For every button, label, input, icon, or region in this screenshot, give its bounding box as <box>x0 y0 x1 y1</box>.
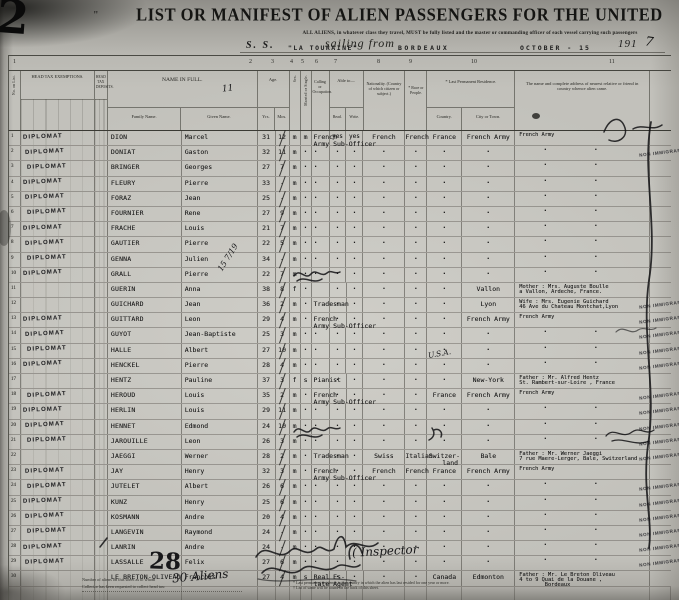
cell-age-years: 29 <box>258 404 276 418</box>
age-label: Age. <box>258 74 289 83</box>
cell-sex: m <box>290 541 301 555</box>
cell-occupation: · <box>312 344 330 358</box>
cell-city: French Army <box>462 465 515 479</box>
cell-deposits <box>95 146 108 160</box>
row-number: 30 <box>9 571 21 585</box>
column-number: 7 <box>334 59 337 65</box>
cell-country: · <box>427 374 462 388</box>
diplomat-stamp: DIPLOMAT <box>27 254 67 261</box>
col-nearest-relative: The name and complete address of nearest… <box>515 71 650 130</box>
cell-write: · <box>346 192 363 206</box>
cell-married-single: · <box>301 389 312 403</box>
cell-write: · <box>347 283 364 297</box>
cell-family-name: BRINGER <box>108 161 182 175</box>
cell-city: · <box>462 253 515 267</box>
cell-occupation: · <box>312 420 330 434</box>
cell-exemptions: DIPLOMAT <box>21 420 95 434</box>
cell-family-name: HERLIN <box>108 404 182 418</box>
year-handwritten: 7 <box>644 34 655 50</box>
cell-given-name: Gaston <box>182 146 258 160</box>
cell-sex: m <box>290 237 301 251</box>
col-married-single: Married or Single. <box>301 71 312 130</box>
cell-occupation: · <box>312 496 330 510</box>
cell-country: · <box>427 556 462 570</box>
cell-deposits <box>95 222 108 236</box>
cell-given-name: Anna <box>182 283 258 297</box>
cell-married-single: · <box>301 328 312 342</box>
cell-right-margin <box>650 374 671 388</box>
manifest-row: 11GUERINAnna388f······VallonMother : Mrs… <box>9 283 671 298</box>
cell-country: · <box>427 253 462 267</box>
cell-given-name: Rene <box>182 207 258 221</box>
tail-cell <box>276 587 290 600</box>
diplomat-stamp: DIPLOMAT <box>25 421 65 429</box>
row-number: 12 <box>9 298 21 312</box>
cell-write: · <box>346 344 363 358</box>
row-number: 4 <box>9 177 21 191</box>
cell-read: · <box>330 283 347 297</box>
cell-right-margin <box>650 131 671 145</box>
cell-country: · <box>427 313 462 327</box>
cell-married-single: · <box>301 237 312 251</box>
cell-married-single: · <box>301 450 312 464</box>
manifest-row: 7DIPLOMATFRACHELouis217m········· · <box>9 222 671 237</box>
cell-sex: f <box>290 283 301 297</box>
cell-exemptions: DIPLOMAT <box>21 389 95 403</box>
cell-nearest-relative: · · <box>515 146 650 160</box>
cell-city: · <box>462 207 515 221</box>
exemptions-subcolumns <box>21 99 94 130</box>
cell-right-margin <box>650 465 671 479</box>
cell-deposits <box>95 420 108 434</box>
cell-race: · <box>405 222 427 236</box>
diplomat-stamp: DIPLOMAT <box>27 391 67 399</box>
cell-race: · <box>405 480 427 494</box>
cell-exemptions: DIPLOMAT <box>21 268 95 282</box>
cell-write: · <box>346 435 363 449</box>
manifest-row: 29DIPLOMATLASSALLEFelix276m········· ·NO… <box>9 556 671 571</box>
row-number: 24 <box>9 480 21 494</box>
cell-sex: m <box>290 161 301 175</box>
cell-race: French <box>405 465 427 479</box>
cell-given-name: Jean <box>182 298 258 312</box>
cell-city: · <box>462 496 515 510</box>
cell-sex: m <box>290 298 301 312</box>
cell-exemptions: DIPLOMAT <box>21 313 95 327</box>
sex-label: Sex. <box>293 75 297 82</box>
diplomat-stamp: DIPLOMAT <box>25 194 65 201</box>
cell-deposits <box>95 313 108 327</box>
cell-given-name: Pierre <box>182 237 258 251</box>
cell-family-name: FRACHE <box>108 222 182 236</box>
cell-family-name: GUYOT <box>108 328 182 342</box>
col-head-tax-exemptions: HEAD TAX EXEMPTIONS. <box>21 71 95 130</box>
cell-occupation: French Army Sub-Officer <box>312 313 330 327</box>
cell-family-name: KUNZ <box>108 496 182 510</box>
col-right-margin <box>650 71 671 130</box>
cell-sex: m <box>290 207 301 221</box>
cell-occupation: · <box>312 268 330 282</box>
cell-occupation: · <box>312 511 330 525</box>
cell-given-name: Jean-Baptiste <box>182 328 258 342</box>
cell-given-name: Edmond <box>182 420 258 434</box>
ship-line-rule <box>240 52 665 53</box>
cell-country: · <box>427 480 462 494</box>
cell-city: French Army <box>462 389 515 403</box>
manifest-row: 27DIPLOMATLANGEVINRaymond24-m········· ·… <box>9 526 671 541</box>
cell-family-name: GUICHARD <box>108 298 182 312</box>
cell-exemptions: DIPLOMAT <box>21 359 95 373</box>
cell-age-years: 36 <box>258 298 276 312</box>
cell-family-name: LANGEVIN <box>108 526 182 540</box>
cell-exemptions <box>21 374 95 388</box>
cell-deposits <box>95 131 108 145</box>
cell-given-name: Henry <box>182 496 258 510</box>
cell-nationality: · <box>363 207 405 221</box>
cell-exemptions: DIPLOMAT <box>21 496 95 510</box>
cell-married-single: · <box>301 146 312 160</box>
cell-city: · <box>462 146 515 160</box>
cell-nearest-relative: · · <box>515 556 650 570</box>
cell-given-name: Henry <box>182 465 258 479</box>
cell-age-years: 29 <box>258 313 276 327</box>
row-number: 23 <box>9 465 21 479</box>
row-number: 2 <box>9 146 21 160</box>
cell-nearest-relative: · · <box>515 253 650 267</box>
cell-city: · <box>462 404 515 418</box>
manifest-row: 18DIPLOMATHEROUDLouis352m·French Army Su… <box>9 389 671 404</box>
residence-label: * Last Permanent Residence. <box>427 74 514 85</box>
column-number: 1 <box>13 59 16 65</box>
cell-nearest-relative: · · <box>515 192 650 206</box>
col-name-in-full: NAME IN FULL. Family Name. Given Name. <box>108 71 258 130</box>
cell-read: · <box>330 526 347 540</box>
manifest-table: 1234567891011 No. on List. HEAD TAX EXEM… <box>8 55 671 600</box>
cell-married-single: · <box>301 313 312 327</box>
cell-occupation: · <box>312 480 330 494</box>
cell-age-years: 35 <box>258 389 276 403</box>
column-number: 5 <box>301 59 304 65</box>
cell-occupation: · <box>312 237 330 251</box>
cell-right-margin <box>650 192 671 206</box>
cell-nearest-relative: · · <box>515 207 650 221</box>
handwritten-count-note: 11 <box>222 83 234 94</box>
cell-nearest-relative: Father : Mr. Le Breton Oliveau 4 to 9 Qu… <box>515 571 650 585</box>
cell-married-single: · <box>301 359 312 373</box>
cell-race: · <box>405 328 427 342</box>
cell-family-name: GUERIN <box>108 283 182 297</box>
cell-city: · <box>462 328 515 342</box>
cell-age-years: 27 <box>258 556 276 570</box>
cell-nationality: · <box>363 480 405 494</box>
cell-race: · <box>405 526 427 540</box>
cell-nationality: · <box>363 237 405 251</box>
cell-nearest-relative: · · <box>515 328 650 342</box>
cell-given-name: Pierre <box>182 359 258 373</box>
cell-age-years: 22 <box>258 268 276 282</box>
cell-exemptions: DIPLOMAT <box>21 328 95 342</box>
cell-nearest-relative: French Army <box>515 389 650 403</box>
column-number: 11 <box>609 59 615 65</box>
cell-family-name: FOURNIER <box>108 207 182 221</box>
cell-deposits <box>95 465 108 479</box>
cell-occupation: · <box>312 253 330 267</box>
cell-read: · <box>330 420 347 434</box>
cell-age-years: 27 <box>258 207 276 221</box>
cell-deposits <box>95 268 108 282</box>
cell-exemptions: DIPLOMAT <box>21 541 95 555</box>
cell-city: · <box>462 541 515 555</box>
manifest-row: 12GUICHARDJean362m·Tradesman·····LyonWif… <box>9 298 671 313</box>
cell-sex: m <box>290 496 301 510</box>
cell-married-single: · <box>301 496 312 510</box>
manifest-row: 17HENTZPauline373fsPianist·····New-YorkF… <box>9 374 671 389</box>
cell-nationality: · <box>363 222 405 236</box>
cell-exemptions: DIPLOMAT <box>21 237 95 251</box>
manifest-row: 19DIPLOMATHERLINLouis2911m········· ·NON… <box>9 404 671 419</box>
cell-race: Italian <box>405 450 427 464</box>
diplomat-stamp: DIPLOMAT <box>23 497 63 504</box>
cell-age-years: 27 <box>258 161 276 175</box>
cell-sex: m <box>290 465 301 479</box>
cell-race: · <box>405 435 427 449</box>
diplomat-stamp: DIPLOMAT <box>25 512 65 520</box>
diplomat-stamp: DIPLOMAT <box>27 208 67 216</box>
cell-age-years: 27 <box>258 344 276 358</box>
cell-country: · <box>427 541 462 555</box>
cell-given-name: Werner <box>182 450 258 464</box>
cell-sex: m <box>290 328 301 342</box>
cell-given-name: Louis <box>182 389 258 403</box>
cell-given-name: Leon <box>182 435 258 449</box>
col-occupation: Calling or Occupation. <box>312 71 330 130</box>
diplomat-stamp: DIPLOMAT <box>23 406 63 413</box>
cell-country: · <box>427 359 462 373</box>
cell-read: · <box>330 359 347 373</box>
cell-age-years: 27 <box>258 571 276 585</box>
cell-sex: m <box>290 480 301 494</box>
cell-married-single: · <box>301 404 312 418</box>
cell-city: · <box>462 268 515 282</box>
cell-race: · <box>405 496 427 510</box>
cell-read: · <box>330 480 347 494</box>
cell-married-single: · <box>301 480 312 494</box>
cell-occupation: · <box>312 359 330 373</box>
cell-occupation: · <box>312 328 330 342</box>
cell-sex: m <box>290 131 301 145</box>
cell-nearest-relative: French Army <box>515 465 650 479</box>
cell-write: · <box>346 511 363 525</box>
col-sex: Sex. <box>290 71 301 130</box>
cell-city: Lyon <box>462 298 515 312</box>
tail-cell <box>312 587 330 600</box>
cell-age-years: 24 <box>258 541 276 555</box>
cell-nationality: · <box>363 511 405 525</box>
diplomat-stamp: DIPLOMAT <box>25 467 65 474</box>
cell-nationality: · <box>363 496 405 510</box>
cell-nearest-relative: · · <box>515 541 650 555</box>
manifest-row: 3DIPLOMATBRINGERGeorges277m········· · <box>9 161 671 176</box>
col-head-tax-deposits: HEAD TAX DEPOSITS. <box>95 71 108 130</box>
cell-occupation: · <box>312 177 330 191</box>
cell-age-years: 31 <box>258 131 276 145</box>
family-name-label: Family Name. <box>108 108 181 130</box>
cell-given-name: Jean <box>182 192 258 206</box>
cell-age-years: 24 <box>258 526 276 540</box>
diplomat-stamp: DIPLOMAT <box>25 148 65 156</box>
cell-age-years: 21 <box>258 222 276 236</box>
cell-sex: m <box>290 556 301 570</box>
cell-country: · <box>427 298 462 312</box>
manifest-row: 14DIPLOMATGUYOTJean-Baptiste253m········… <box>9 328 671 343</box>
cell-married-single: · <box>301 465 312 479</box>
cell-nearest-relative: Wife : Mrs. Eugenie Guichard 46 Ave du C… <box>515 298 650 312</box>
cell-read: · <box>330 541 347 555</box>
cell-exemptions: DIPLOMAT <box>21 253 95 267</box>
cell-deposits <box>95 511 108 525</box>
cell-race: · <box>405 313 427 327</box>
cell-deposits <box>95 526 108 540</box>
cell-married-single: · <box>301 253 312 267</box>
relative-label: The name and complete address of nearest… <box>515 74 649 92</box>
name-group-label: NAME IN FULL. <box>108 74 257 83</box>
cell-married-single: m <box>301 131 312 145</box>
cell-family-name: DION <box>108 131 182 145</box>
cell-exemptions: DIPLOMAT <box>21 207 95 221</box>
cell-race: · <box>405 253 427 267</box>
cell-city: · <box>462 511 515 525</box>
cell-city: · <box>462 556 515 570</box>
cell-family-name: DONIAT <box>108 146 182 160</box>
cell-city: · <box>462 222 515 236</box>
cell-nearest-relative: · · <box>515 359 650 373</box>
manifest-row: 1DIPLOMATDIONMarcel3112mmFrench Army Sub… <box>9 131 671 146</box>
cell-family-name: HEROUD <box>108 389 182 403</box>
col-race: * Race or People. <box>405 71 427 130</box>
cell-occupation: Real Es- tate Agent <box>312 571 330 585</box>
cell-given-name: Andre <box>182 541 258 555</box>
cell-sex: m <box>290 344 301 358</box>
no-on-list-label: No. on List. <box>12 75 16 95</box>
sailing-date: OCTOBER - 15 <box>520 44 591 52</box>
cell-sex: m <box>290 435 301 449</box>
diplomat-stamp: DIPLOMAT <box>27 482 67 490</box>
cell-married-single: · <box>301 192 312 206</box>
cell-sex: m <box>290 253 301 267</box>
cell-nearest-relative: · · <box>515 222 650 236</box>
cell-city: · <box>462 480 515 494</box>
table-header: No. on List. HEAD TAX EXEMPTIONS. HEAD T… <box>8 70 671 131</box>
manifest-row: 28DIPLOMATLANRINAndre24-m········· ·NON … <box>9 541 671 556</box>
cell-country: · <box>427 496 462 510</box>
read-label: Read. <box>330 108 347 130</box>
cell-deposits <box>95 298 108 312</box>
row-number: 9 <box>9 253 21 267</box>
cell-occupation: · <box>312 404 330 418</box>
cell-occupation: Tradesman <box>312 298 330 312</box>
deposits-label: HEAD TAX DEPOSITS. <box>95 74 107 89</box>
cell-deposits <box>95 556 108 570</box>
cell-sex: m <box>290 268 301 282</box>
cell-race: French <box>405 131 427 145</box>
cell-race: · <box>405 420 427 434</box>
cell-write: · <box>346 359 363 373</box>
cell-country: · <box>427 207 462 221</box>
cell-nationality: · <box>363 344 405 358</box>
cell-read: · <box>330 146 347 160</box>
cell-race: · <box>405 344 427 358</box>
occupation-label: Calling or Occupation. <box>312 74 329 94</box>
cell-city: · <box>462 192 515 206</box>
cell-read: · <box>330 237 347 251</box>
column-number: 9 <box>409 59 412 65</box>
cell-exemptions: DIPLOMAT <box>21 177 95 191</box>
cell-city: Vallon <box>462 283 515 297</box>
cell-occupation: · <box>312 541 330 555</box>
manifest-row: 9DIPLOMATGENNAJulien34-m········· · <box>9 253 671 268</box>
cell-race: · <box>405 207 427 221</box>
cell-exemptions: DIPLOMAT <box>21 344 95 358</box>
column-number: 2 <box>249 59 252 65</box>
cell-age-years: 37 <box>258 374 276 388</box>
cell-read: · <box>330 177 347 191</box>
manifest-row: 2DIPLOMATDONIATGaston3211m········· ·NON… <box>9 146 671 161</box>
manifest-row: 8DIPLOMATGAUTIERPierre225m········· · <box>9 237 671 252</box>
cell-right-margin <box>650 161 671 175</box>
manifest-row: 20DIPLOMATHENNETEdmond2410m········· ·NO… <box>9 420 671 435</box>
cell-age-years: 22 <box>258 237 276 251</box>
cell-married-single: · <box>301 541 312 555</box>
cell-write: · <box>346 496 363 510</box>
cell-nationality: · <box>363 192 405 206</box>
cell-country: · <box>427 222 462 236</box>
cell-city: · <box>462 359 515 373</box>
col-able-to: Able to— Read. Write. <box>330 71 364 130</box>
col-nationality: Nationality. (Country of which citizen o… <box>364 71 406 130</box>
cell-write: · <box>346 207 363 221</box>
cell-sex: m <box>290 420 301 434</box>
diplomat-stamp: DIPLOMAT <box>27 437 67 444</box>
row-number: 13 <box>9 313 21 327</box>
year-printed: 191 <box>618 38 638 50</box>
cell-city: French Army <box>462 313 515 327</box>
cell-occupation: Tradesman <box>312 450 330 464</box>
cell-nationality: · <box>363 268 405 282</box>
cell-exemptions <box>21 283 95 297</box>
diplomat-stamp: DIPLOMAT <box>23 178 63 186</box>
cell-read: · <box>330 496 347 510</box>
cell-read: · <box>330 192 347 206</box>
cell-married-single: · <box>301 420 312 434</box>
cell-deposits <box>95 541 108 555</box>
cell-nearest-relative: French Army <box>515 131 650 145</box>
manifest-row: 4DIPLOMATFLEURYPierre33-m········· · <box>9 177 671 192</box>
cell-right-margin <box>650 237 671 251</box>
cell-nearest-relative: · · <box>515 496 650 510</box>
cell-write: · <box>346 480 363 494</box>
cell-age-years: 32 <box>258 465 276 479</box>
manifest-title: LIST OR MANIFEST OF ALIEN PASSENGERS FOR… <box>0 4 679 26</box>
diplomat-stamp: DIPLOMAT <box>27 345 67 352</box>
cell-race: · <box>405 374 427 388</box>
race-label: * Race or People. <box>405 74 426 96</box>
cell-deposits <box>95 161 108 175</box>
cell-right-margin <box>650 253 671 267</box>
cell-given-name: Albert <box>182 480 258 494</box>
cell-given-name: Albert <box>182 344 258 358</box>
cell-age-years: 28 <box>258 450 276 464</box>
cell-occupation: · <box>312 161 330 175</box>
